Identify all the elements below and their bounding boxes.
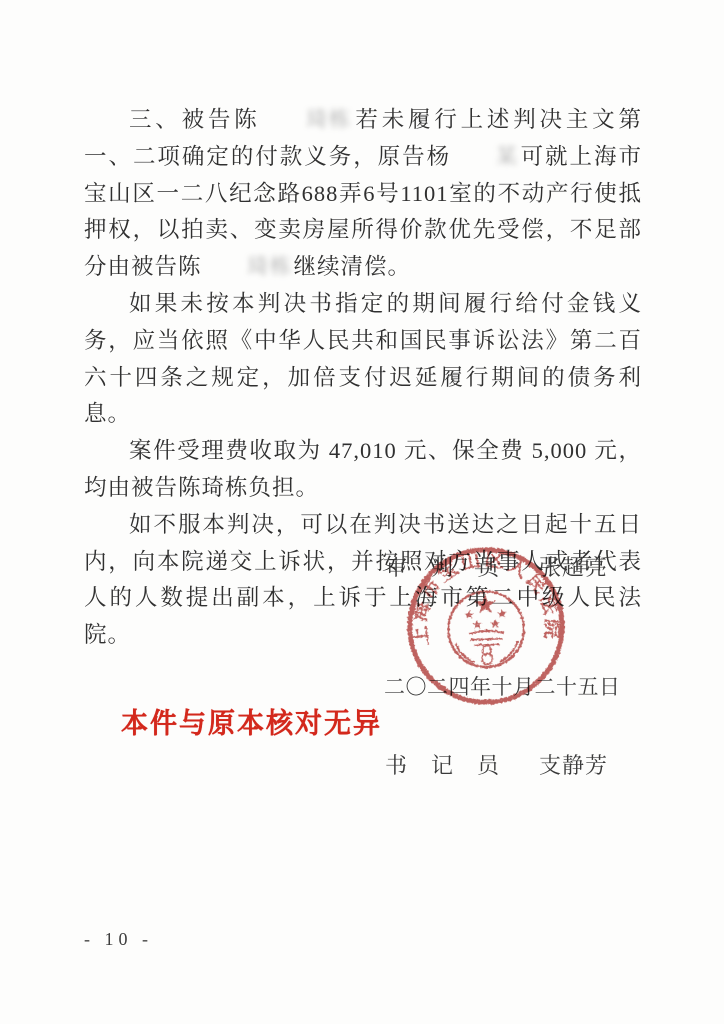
verification-stamp: 本件与原本核对无异: [121, 700, 382, 741]
paragraph-interest-clause: 如果未按本判决书指定的期间履行给付金钱义务，应当依照《中华人民共和国民事诉讼法》…: [84, 286, 642, 433]
emblem-gate-line: [470, 639, 503, 640]
redacted-defendant-name: 琦栋: [262, 103, 350, 138]
clerk-title-label: 书 记 员: [385, 749, 500, 780]
paragraph-fees-clause: 案件受理费收取为 47,010 元、保全费 5,000 元，均由被告陈琦栋负担。: [84, 433, 642, 507]
emblem-gate-roof: [469, 630, 504, 634]
clause-text: 继续清偿。: [294, 254, 412, 279]
national-emblem-icon: [447, 590, 525, 668]
page-number: - 10 -: [84, 929, 153, 950]
clerk-signature-row: 书 记 员 支静芳: [385, 749, 608, 780]
judgment-document-page: 三、被告陈琦栋若未履行上述判决主文第一、二项确定的付款义务，原告杨某可就上海市宝…: [0, 0, 724, 1024]
emblem-big-star: [475, 594, 496, 614]
emblem-small-star: [464, 610, 474, 619]
emblem-small-star: [490, 619, 500, 628]
redacted-plaintiff-name: 某: [452, 140, 518, 175]
emblem-small-star: [472, 620, 482, 629]
emblem-small-star: [497, 609, 507, 618]
court-seal: 上海市宝山区人民法院: [401, 541, 571, 711]
seal-graphic: 上海市宝山区人民法院: [405, 546, 567, 705]
paragraph-mortgage-clause: 三、被告陈琦栋若未履行上述判决主文第一、二项确定的付款义务，原告杨某可就上海市宝…: [84, 102, 642, 286]
clerk-name: 支静芳: [539, 749, 608, 780]
redacted-defendant-name: 琦栋: [203, 250, 291, 285]
clause-text: 三、被告陈: [129, 107, 261, 132]
